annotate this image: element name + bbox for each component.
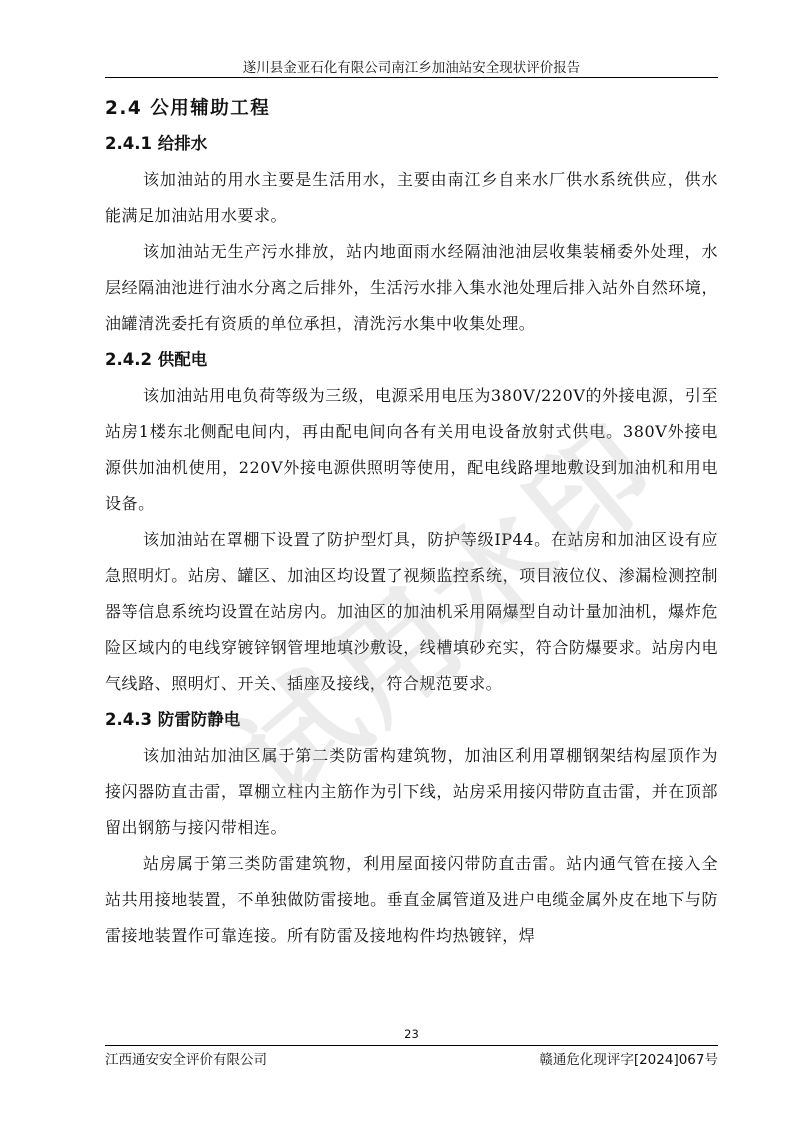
paragraph: 站房属于第三类防雷建筑物，利用屋面接闪带防直击雷。站内通气管在接入全站共用接地装… [105, 846, 718, 954]
footer-company: 江西通安安全评价有限公司 [105, 1048, 267, 1068]
page-header-title: 遂川县金亚石化有限公司南江乡加油站安全现状评价报告 [105, 56, 718, 76]
footer-divider [105, 1045, 718, 1046]
document-body: 2.4 公用辅助工程 2.4.1 给排水 该加油站的用水主要是生活用水，主要由南… [105, 92, 718, 954]
paragraph: 该加油站的用水主要是生活用水，主要由南江乡自来水厂供水系统供应，供水能满足加油站… [105, 162, 718, 234]
subsection-heading-lightning: 2.4.3 防雷防静电 [105, 702, 718, 738]
paragraph: 该加油站用电负荷等级为三级，电源采用电压为380V/220V的外接电源，引至站房… [105, 378, 718, 522]
page-number: 23 [105, 1027, 718, 1041]
footer-report-code: 赣通危化现评字[2024]067号 [539, 1048, 718, 1068]
paragraph: 该加油站在罩棚下设置了防护型灯具，防护等级IP44。在站房和加油区设有应急照明灯… [105, 522, 718, 702]
paragraph: 该加油站加油区属于第二类防雷构建筑物，加油区利用罩棚钢架结构屋顶作为接闪器防直击… [105, 738, 718, 846]
paragraph: 该加油站无生产污水排放，站内地面雨水经隔油池油层收集装桶委外处理，水层经隔油池进… [105, 234, 718, 342]
subsection-heading-water: 2.4.1 给排水 [105, 126, 718, 162]
header-divider [105, 77, 718, 78]
subsection-heading-power: 2.4.2 供配电 [105, 342, 718, 378]
section-heading: 2.4 公用辅助工程 [105, 92, 718, 126]
